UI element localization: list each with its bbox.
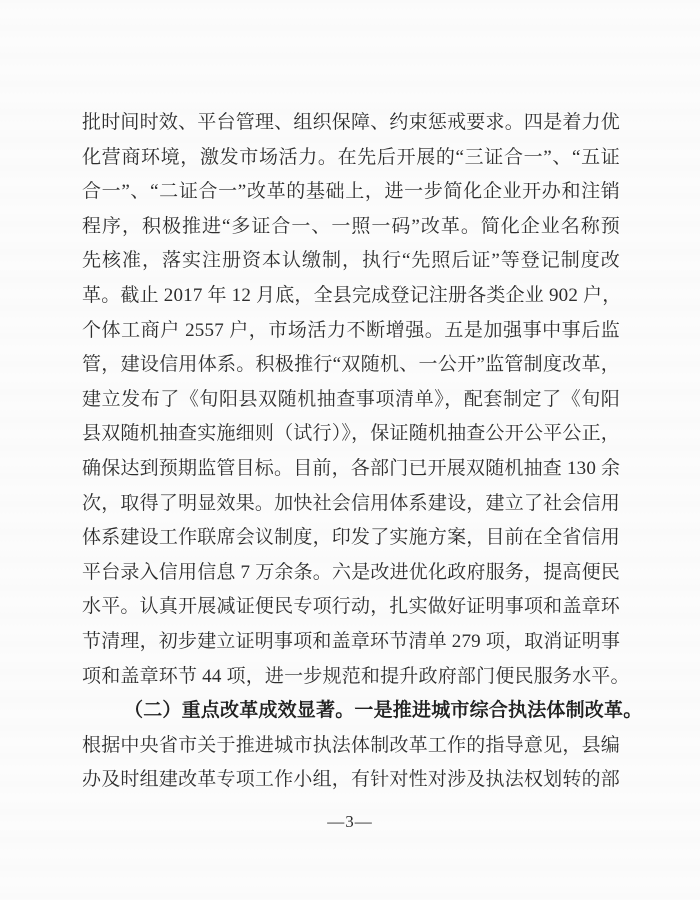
document-line: 县双随机抽查实施细则（试行）》，保证随机抽查公开公平公正， <box>82 417 620 452</box>
document-line: 程序，积极推进“多证合一、一照一码”改革。简化企业名称预 <box>82 210 620 245</box>
document-line: 个体工商户 2557 户，市场活力不断增强。五是加强事中事后监 <box>82 314 620 349</box>
document-line: 节清理，初步建立证明事项和盖章环节清单 279 项，取消证明事 <box>82 625 620 660</box>
document-line: 革。截止 2017 年 12 月底，全县完成登记注册各类企业 902 户， <box>82 279 620 314</box>
document-page: 批时间时效、平台管理、组织保障、约束惩戒要求。四是着力优 化营商环境，激发市场活… <box>0 0 700 900</box>
document-line: 办及时组建改革专项工作小组，有针对性对涉及执法权划转的部 <box>82 763 620 798</box>
document-line: 先核准，落实注册资本认缴制，执行“先照后证”等登记制度改 <box>82 244 620 279</box>
document-body: 批时间时效、平台管理、组织保障、约束惩戒要求。四是着力优 化营商环境，激发市场活… <box>82 106 620 798</box>
document-line: 管，建设信用体系。积极推行“双随机、一公开”监管制度改革， <box>82 348 620 383</box>
document-line: 化营商环境，激发市场活力。在先后开展的“三证合一”、“五证 <box>82 141 620 176</box>
document-line: 确保达到预期监管目标。目前，各部门已开展双随机抽查 130 余 <box>82 452 620 487</box>
document-line: 项和盖章环节 44 项，进一步规范和提升政府部门便民服务水平。 <box>82 660 620 695</box>
section-heading-line: （二）重点改革成效显著。一是推进城市综合执法体制改革。 <box>82 694 620 729</box>
document-line: 水平。认真开展减证便民专项行动，扎实做好证明事项和盖章环 <box>82 590 620 625</box>
page-number: —3— <box>0 812 700 832</box>
document-line: 合一”、“二证合一”改革的基础上，进一步简化企业开办和注销 <box>82 175 620 210</box>
document-line: 平台录入信用信息 7 万余条。六是改进优化政府服务，提高便民 <box>82 556 620 591</box>
document-line: 建立发布了《旬阳县双随机抽查事项清单》，配套制定了《旬阳 <box>82 383 620 418</box>
document-line: 体系建设工作联席会议制度，印发了实施方案，目前在全省信用 <box>82 521 620 556</box>
document-line: 根据中央省市关于推进城市执法体制改革工作的指导意见，县编 <box>82 729 620 764</box>
document-line: 批时间时效、平台管理、组织保障、约束惩戒要求。四是着力优 <box>82 106 620 141</box>
document-line: 次，取得了明显效果。加快社会信用体系建设，建立了社会信用 <box>82 487 620 522</box>
